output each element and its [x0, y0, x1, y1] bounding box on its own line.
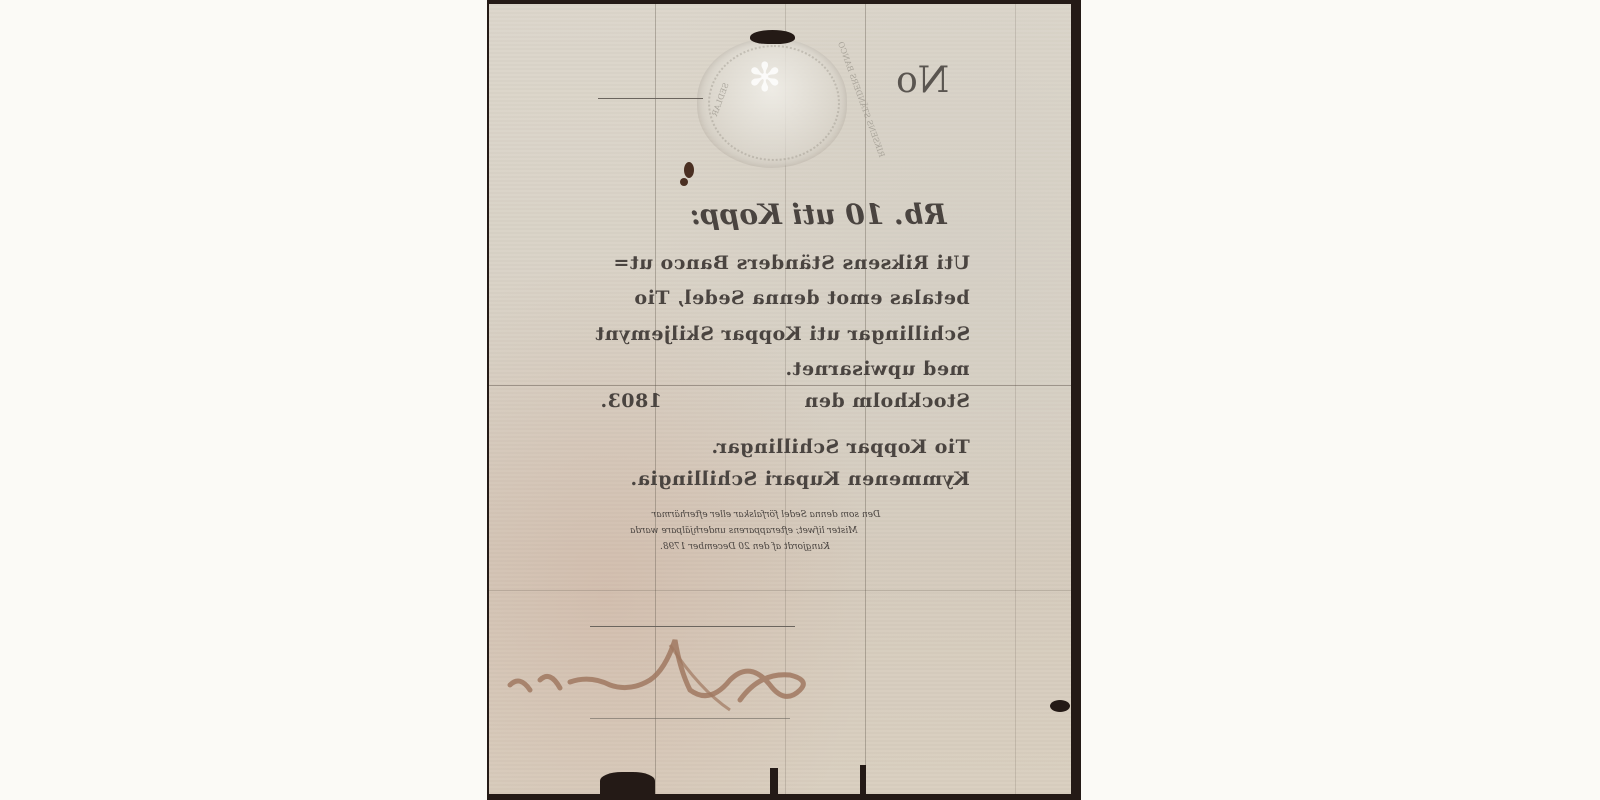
body-line-3: Schillingar uti Koppar Skiljemynt [595, 323, 970, 345]
fold-line-horizontal [489, 385, 1071, 386]
ink-blot [680, 178, 688, 186]
fine-print-1: Den som denna Sedel förfalskar eller eft… [652, 510, 880, 520]
star-crown-emblem-icon: ✻ [748, 55, 782, 101]
year: 1803. [600, 390, 662, 412]
number-line [598, 98, 703, 99]
fine-print-3: Kungjordt af den 20 December 1798. [660, 542, 830, 552]
body-line-2: betalas emot denna Sedel, Tio [634, 287, 970, 309]
fold-line-horizontal [489, 590, 1071, 591]
amount-line-swedish: Tio Koppar Schillingar. [711, 436, 970, 458]
denomination-header: Rb. 10 uti Kopp: [690, 198, 947, 231]
paper-tear [600, 772, 655, 794]
paper-tear [770, 768, 778, 794]
place-date-line: Stockholm den [804, 390, 970, 412]
paper-tear [1050, 700, 1070, 712]
fold-line-vertical [1015, 4, 1016, 794]
seal-tear-hole [750, 30, 795, 44]
signature-line [590, 626, 795, 627]
body-line-1: Uti Riksens Ständers Banco ut= [613, 252, 970, 274]
paper-tear [860, 765, 866, 794]
amount-line-finnish: Kymmenen Kupari Schillingia. [630, 468, 970, 490]
body-line-4: med upwisarnet. [785, 358, 970, 380]
fine-print-2: Mister lifwet; efterapparens underhjälpa… [630, 526, 857, 536]
number-mark: No [896, 60, 949, 101]
ink-blot [684, 162, 694, 178]
handwritten-signature [500, 630, 840, 740]
